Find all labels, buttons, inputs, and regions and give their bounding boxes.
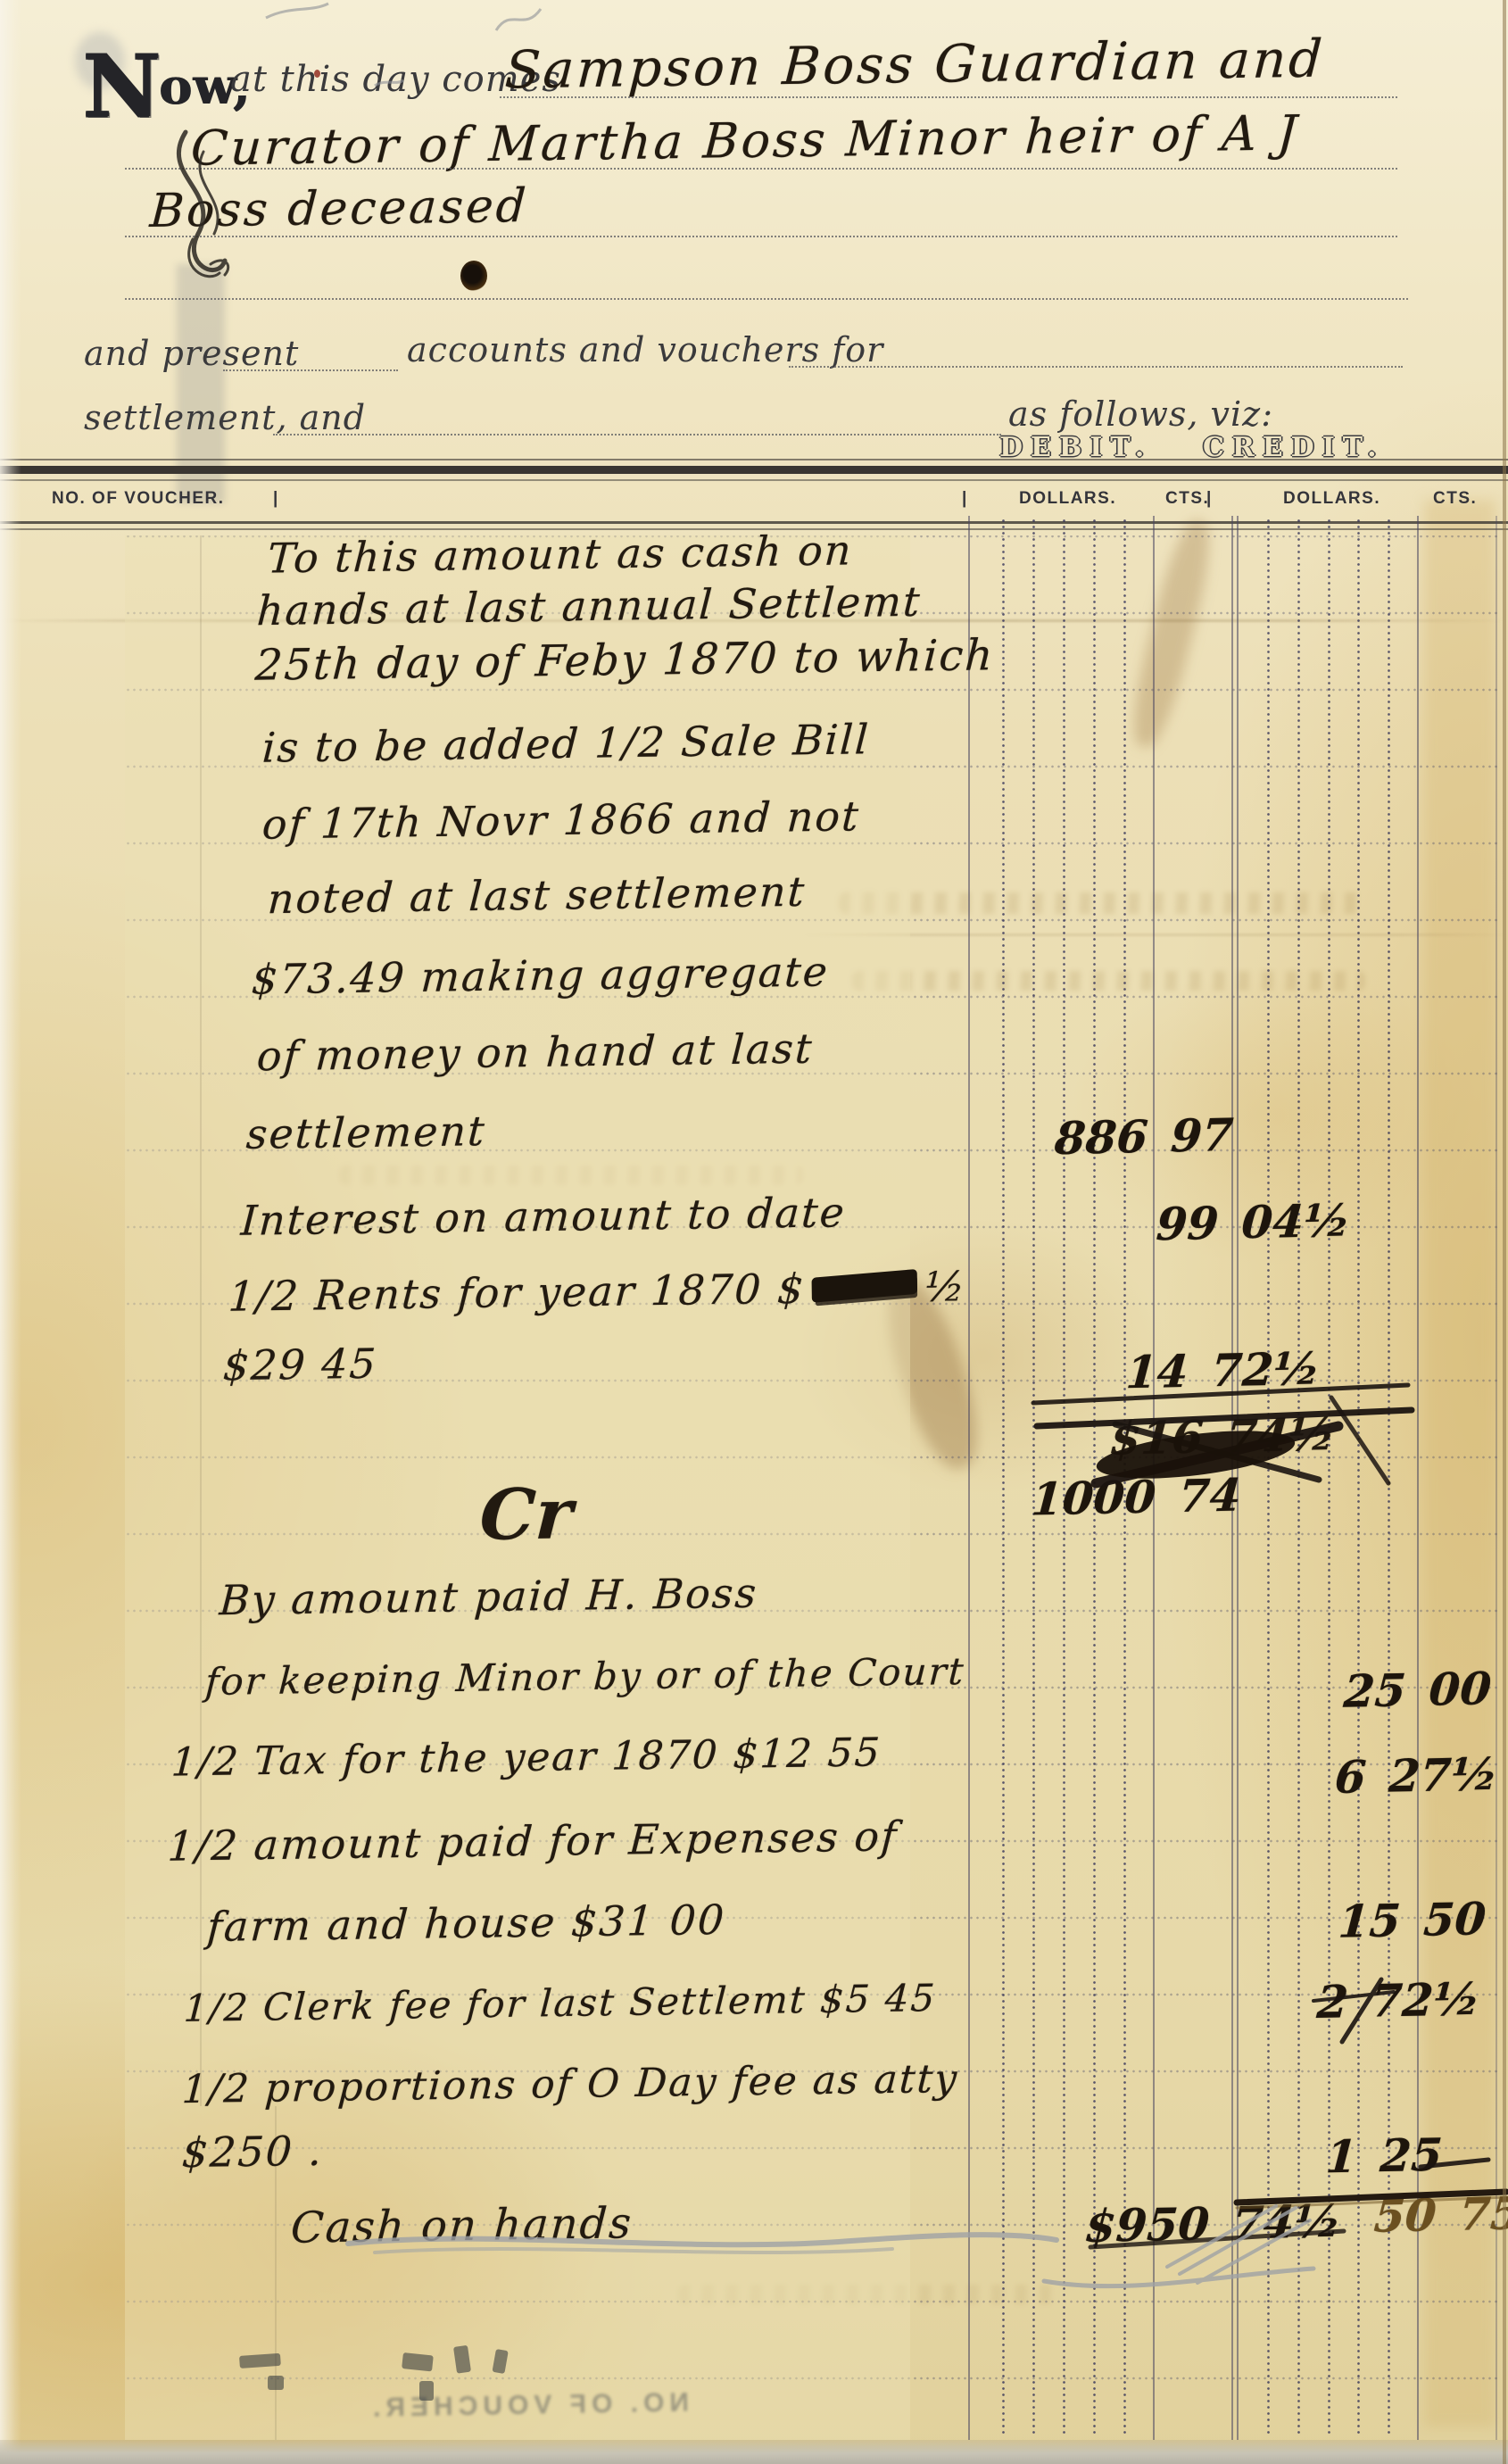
credit-amount-cents: 50	[1422, 1892, 1488, 1946]
ledger-row-text: settlement	[245, 1107, 488, 1158]
credit-amount-dollars: 50	[1372, 2188, 1438, 2243]
debit-amount: 9904½	[1155, 1194, 1352, 1251]
ledger-row-text: is to be added 1/2 Sale Bill	[261, 715, 872, 772]
paper-edge-left	[0, 0, 21, 2464]
writing-rule	[125, 236, 1397, 237]
ledger-row-text: Interest on amount to date	[240, 1188, 848, 1245]
credit-amount: 627½	[1333, 1747, 1499, 1804]
ledger-row-text: 1/2 amount paid for Expenses of	[167, 1812, 899, 1870]
fill-rule	[789, 366, 1403, 368]
thin-rule	[0, 479, 1508, 481]
credit-amount-cents: 72½	[1370, 1972, 1482, 2028]
header-divider-tick: |	[273, 489, 279, 509]
debit-amount: 88697	[1053, 1108, 1235, 1165]
debit-amount-cents: 72½	[1210, 1342, 1322, 1398]
credit-amount-cents: 27½	[1388, 1747, 1500, 1803]
scanned-ledger-page: Now, at this day comes Sampson Boss Guar…	[0, 0, 1508, 2464]
cr-section-heading: Cr	[477, 1473, 574, 1556]
credit-amount-dollars: 2	[1315, 1975, 1350, 2028]
right-column-line	[1496, 516, 1497, 2440]
handwritten-intro-line: Boss deceased	[148, 179, 529, 238]
settlement-suffix: as follows, viz:	[1008, 394, 1273, 434]
paper-edge-right	[1503, 0, 1506, 2464]
debit-amount-dollars: $16	[1108, 1410, 1205, 1464]
ledger-row-text: of 17th Novr 1866 and not	[261, 792, 862, 848]
credit-amount-cents: 75	[1458, 2186, 1508, 2241]
debit-dotted-rule	[1002, 518, 1005, 2436]
struck-suffix: ½	[924, 1262, 968, 1311]
ledger-row-text: farm and house $31 00	[206, 1896, 727, 1951]
debit-amount-cents: 74½	[1224, 1407, 1337, 1463]
bleedthrough-stamp-text: NO. OF VOUCHER.	[225, 2387, 690, 2426]
debit-col-left-line	[968, 516, 970, 2440]
writing-rule	[125, 298, 1408, 300]
credit-amount-dollars: 1	[1324, 2130, 1359, 2184]
thick-rule	[0, 466, 1508, 474]
fill-rule	[273, 434, 1001, 436]
credit-amount: 5075	[1372, 2186, 1508, 2243]
credit-amount: 1550	[1337, 1892, 1487, 1948]
debit-amount: $95074½	[1083, 2194, 1343, 2252]
ledger-row-text: 1/2 Tax for the year 1870 $12 55	[170, 1730, 882, 1785]
debit-amount-dollars: $950	[1083, 2197, 1211, 2252]
credit-amount: 2500	[1342, 1662, 1493, 1718]
ledger-row-text: 1/2 proportions of O Day fee as atty	[181, 2056, 960, 2112]
credit-dotted-rule	[1267, 518, 1270, 2436]
debit-cents-header: CTS.	[1165, 489, 1209, 509]
credit-amount-dollars: 15	[1337, 1894, 1403, 1948]
thin-rule	[0, 459, 1508, 460]
ledger-row-text: $250 .	[180, 2127, 324, 2177]
debit-amount-cents: 74½	[1230, 2194, 1343, 2250]
ledger-row-text: hands at last annual Settlemt	[256, 577, 923, 635]
debit-amount-dollars: 886	[1053, 1110, 1149, 1165]
handwritten-intro-line: Curator of Martha Boss Minor heir of A J	[189, 104, 1301, 176]
debit-amount: $1674½	[1108, 1407, 1337, 1464]
ledger-row-text: of money on hand at last	[256, 1025, 816, 1081]
credit-amount-cents: 25	[1379, 2128, 1445, 2183]
bleedthrough-ghost-2	[852, 971, 1365, 991]
handwritten-intro-line: Sampson Boss Guardian and	[503, 29, 1326, 101]
debit-amount-cents: 97	[1169, 1108, 1235, 1163]
credit-amount-cents: 00	[1428, 1662, 1494, 1716]
credit-cents-header: CTS.	[1433, 489, 1477, 509]
credit-amount-dollars: 25	[1342, 1663, 1408, 1718]
writing-rule	[500, 96, 1397, 98]
credit-dollars-header: DOLLARS.	[1283, 489, 1380, 509]
present-middle: accounts and vouchers for	[407, 330, 883, 369]
ornate-initial: N	[82, 36, 159, 137]
debit-amount-cents: 04½	[1240, 1194, 1353, 1249]
credit-amount: 125	[1324, 2128, 1444, 2184]
debit-amount-cents: 74	[1177, 1468, 1243, 1522]
scratched-out-figure	[812, 1269, 918, 1303]
writing-rule	[125, 168, 1397, 170]
voucher-column-header: NO. OF VOUCHER.	[52, 489, 225, 509]
voucher-margin-line	[200, 535, 202, 2106]
ledger-row-text: By amount paid H. Boss	[219, 1569, 759, 1624]
ledger-row-text: To this amount as cash on	[267, 526, 855, 582]
ledger-row-text: noted at last settlement	[267, 867, 808, 923]
header-bottom-rule	[0, 521, 1508, 524]
debit-amount-dollars: 99	[1155, 1197, 1221, 1251]
ledger-row-text: $29 45	[221, 1340, 378, 1390]
header-divider-tick: |	[962, 489, 968, 509]
credit-amount: 272½	[1315, 1972, 1481, 2028]
debit-amount: 1472½	[1124, 1342, 1322, 1399]
settlement-prefix: settlement, and	[84, 398, 366, 437]
debit-amount: 100074	[1030, 1468, 1243, 1525]
bleedthrough-ghost-1	[839, 892, 1365, 914]
debit-dollars-header: DOLLARS.	[1019, 489, 1116, 509]
credit-dotted-rule	[1297, 518, 1300, 2436]
smear-top-right-streak	[1123, 516, 1220, 751]
bleedthrough-ghost-3	[339, 1166, 803, 1185]
ledger-row-text: 25th day of Feby 1870 to which	[253, 630, 995, 691]
header-divider-tick: |	[1206, 489, 1213, 509]
fill-rule	[223, 369, 398, 371]
ledger-row-text: for keeping Minor by or of the Court	[204, 1649, 966, 1704]
debit-amount-dollars: 1000	[1030, 1470, 1157, 1525]
ledger-row-text: 1/2 Clerk fee for last Settlemt $5 45	[183, 1976, 938, 2030]
ledger-row-text: Cash on hands	[289, 2198, 634, 2252]
paper-edge-bottom	[0, 2440, 1508, 2464]
fold-crease-2	[803, 933, 1508, 936]
ledger-row-text: $73.49 making aggregate	[251, 947, 831, 1003]
credit-amount-dollars: 6	[1333, 1750, 1368, 1804]
present-prefix: and present	[84, 334, 299, 373]
ink-blot	[460, 261, 487, 291]
ledger-row-text: 1/2 Rents for year 1870 $½	[228, 1262, 968, 1321]
debit-amount-dollars: 14	[1124, 1345, 1190, 1399]
